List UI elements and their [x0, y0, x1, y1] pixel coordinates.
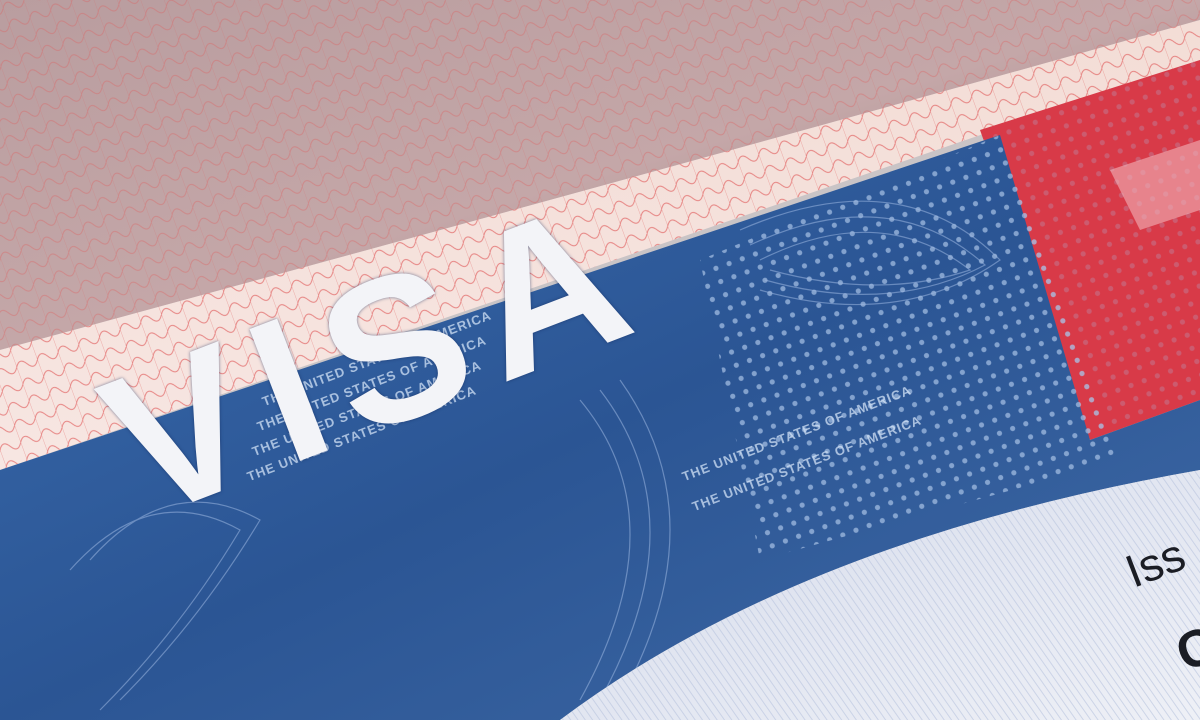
- visa-photo: THE UNITED STATES OF AMERICA THE UNITED …: [0, 0, 1200, 720]
